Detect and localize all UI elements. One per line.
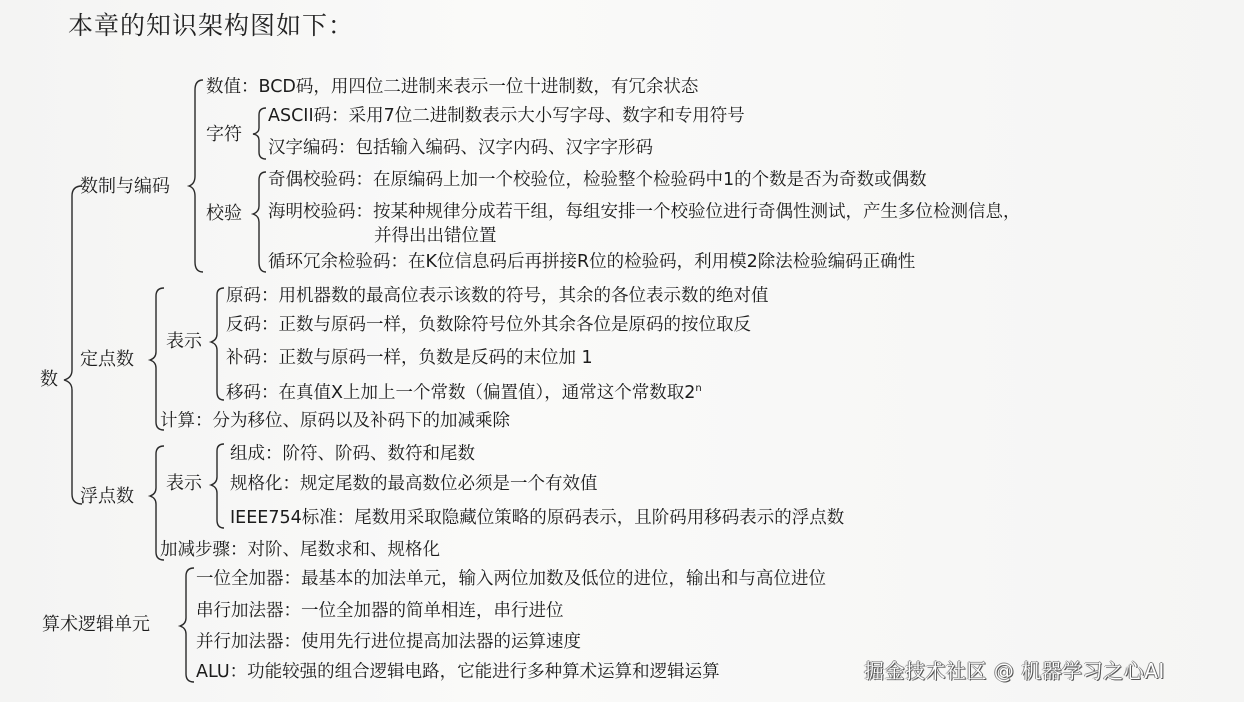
check-node: 校验 <box>206 203 242 225</box>
parity-item: 奇偶校验码：在原编码上加一个校验位，检验整个检验码中1的个数是否为奇数或偶数 <box>268 169 927 191</box>
page-title: 本章的知识架构图如下： <box>68 6 354 42</box>
crc-item: 循环冗余检验码：在K位信息码后再拼接R位的检验码，利用模2除法检验编码正确性 <box>268 251 915 273</box>
fixed-repr-node: 表示 <box>166 331 202 353</box>
twos-complement-item: 补码：正数与原码一样，负数是反码的末位加 1 <box>226 347 593 369</box>
parallel-adder-item: 并行加法器：使用先行进位提高加法器的运算速度 <box>196 631 581 653</box>
root-node: 数 <box>40 369 58 391</box>
hamming-item: 海明校验码：按某种规律分成若干组，每组安排一个校验位进行奇偶性测试，产生多位检测… <box>268 201 1021 223</box>
float-steps-item: 加减步骤：对阶、尾数求和、规格化 <box>160 539 440 561</box>
watermark: 掘金技术社区 @ 机器学习之心AI <box>864 655 1165 684</box>
float-repr-node: 表示 <box>166 473 202 495</box>
ieee754-item: IEEE754标准：尾数用采取隐藏位策略的原码表示，且阶码用移码表示的浮点数 <box>230 507 844 529</box>
float-node: 浮点数 <box>80 486 134 508</box>
fixed-node: 定点数 <box>80 349 134 371</box>
encoding-node: 数制与编码 <box>80 176 170 198</box>
serial-adder-item: 串行加法器：一位全加器的简单相连，串行进位 <box>196 600 564 622</box>
ascii-item: ASCII码：采用7位二进制数表示大小写字母、数字和专用符号 <box>268 105 745 127</box>
normalize-item: 规格化：规定尾数的最高数位必须是一个有效值 <box>230 473 598 495</box>
hamming-item-cont: 并得出出错位置 <box>374 225 497 247</box>
ones-complement-item: 反码：正数与原码一样，负数除符号位外其余各位是原码的按位取反 <box>226 314 751 336</box>
sign-magnitude-item: 原码：用机器数的最高位表示该数的符号，其余的各位表示数的绝对值 <box>226 285 769 307</box>
fixed-calc-item: 计算：分为移位、原码以及补码下的加减乘除 <box>160 410 510 432</box>
offset-binary-item: 移码：在真值X上加上一个常数（偏置值），通常这个常数取2n <box>226 378 702 404</box>
alu-node: 算术逻辑单元 <box>42 614 150 636</box>
float-compose-item: 组成：阶符、阶码、数符和尾数 <box>230 443 475 465</box>
alu-item: ALU：功能较强的组合逻辑电路，它能进行多种算术运算和逻辑运算 <box>196 661 720 683</box>
hanzi-item: 汉字编码：包括输入编码、汉字内码、汉字字形码 <box>268 137 653 159</box>
chars-node: 字符 <box>206 124 242 146</box>
bcd-item: 数值：BCD码，用四位二进制来表示一位十进制数，有冗余状态 <box>206 76 698 98</box>
full-adder-item: 一位全加器：最基本的加法单元，输入两位加数及低位的进位，输出和与高位进位 <box>196 568 826 590</box>
